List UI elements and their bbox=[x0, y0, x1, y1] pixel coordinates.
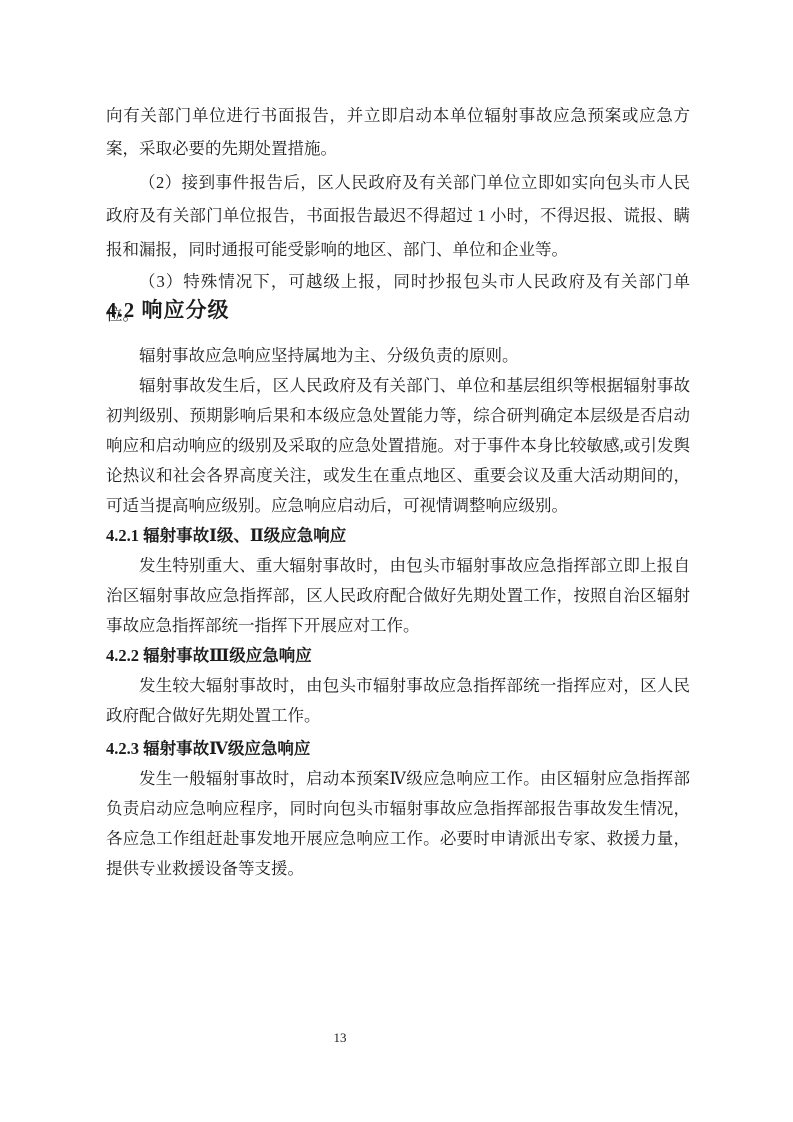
section-heading-4-2-1: 4.2.1 辐射事故Ⅰ级、Ⅱ级应急响应 bbox=[106, 521, 690, 551]
paragraph-response-grading: 辐射事故发生后，区人民政府及有关部门、单位和基层组织等根据辐射事故初判级别、预期… bbox=[106, 371, 690, 521]
paragraph-level-1-2-response: 发生特别重大、重大辐射事故时，由包头市辐射事故应急指挥部立即上报自治区辐射事故应… bbox=[106, 551, 690, 641]
paragraph-response-principle: 辐射事故应急响应坚持属地为主、分级负责的原则。 bbox=[106, 341, 690, 371]
paragraph-continuation: 向有关部门单位进行书面报告，并立即启动本单位辐射事故应急预案或应急方案，采取必要… bbox=[106, 99, 690, 166]
section-heading-4-2-3: 4.2.3 辐射事故Ⅳ级应急响应 bbox=[106, 734, 690, 764]
document-page: 向有关部门单位进行书面报告，并立即启动本单位辐射事故应急预案或应急方案，采取必要… bbox=[0, 0, 793, 1122]
paragraph-level-4-response: 发生一般辐射事故时，启动本预案Ⅳ级应急响应工作。由区辐射应急指挥部负责启动应急响… bbox=[106, 764, 690, 884]
paragraph-report-item2: （2）接到事件报告后，区人民政府及有关部门单位立即如实向包头市人民政府及有关部门… bbox=[106, 166, 690, 266]
section-heading-4-2-2: 4.2.2 辐射事故Ⅲ级应急响应 bbox=[106, 641, 690, 671]
section-heading-4-2: 4.2 响应分级 bbox=[106, 295, 690, 325]
paragraph-level-3-response: 发生较大辐射事故时，由包头市辐射事故应急指挥部统一指挥应对，区人民政府配合做好先… bbox=[106, 671, 690, 731]
page-number: 13 bbox=[0, 1030, 680, 1045]
